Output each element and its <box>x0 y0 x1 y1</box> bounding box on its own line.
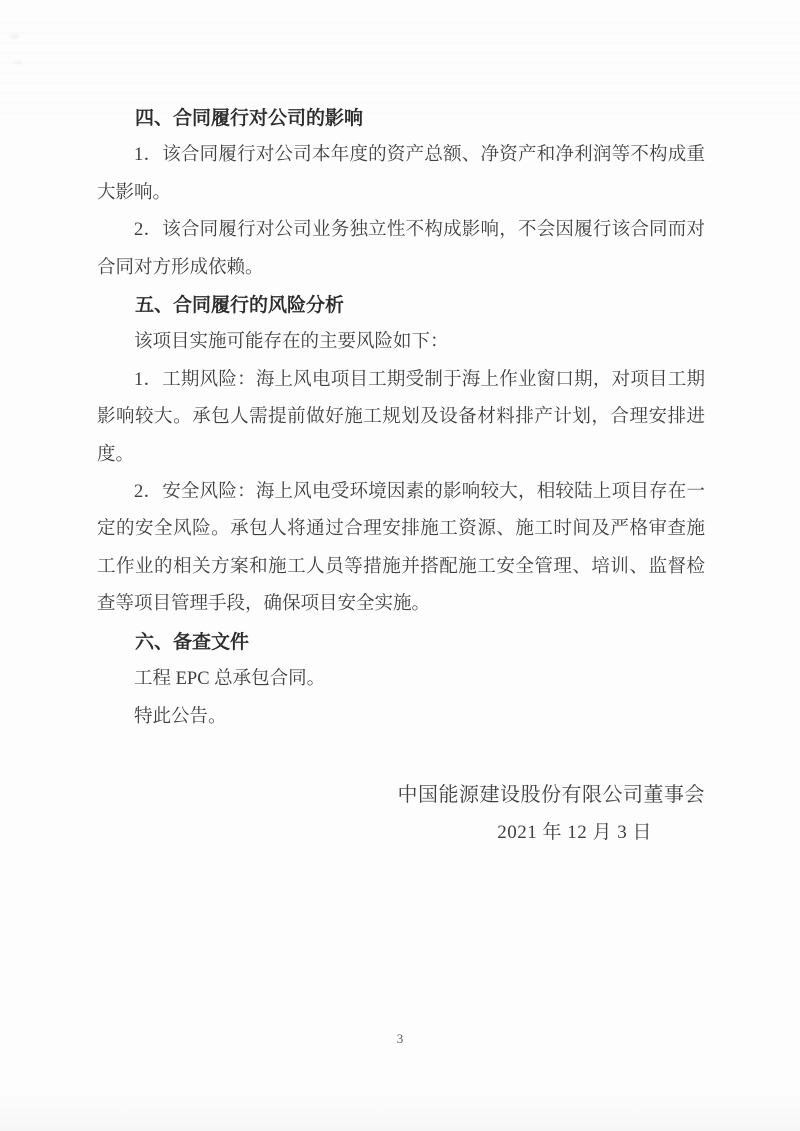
section-heading-4: 四、合同履行对公司的影响 <box>97 100 705 137</box>
signature-date: 2021 年 12 月 3 日 <box>398 814 706 852</box>
paragraph: 1．工期风险：海上风电项目工期受制于海上作业窗口期，对项目工期影响较大。承包人需… <box>97 362 705 474</box>
section-heading-6: 六、备查文件 <box>97 624 705 661</box>
paragraph: 2．该合同履行对公司业务独立性不构成影响，不会因履行该合同而对合同对方形成依赖。 <box>97 212 705 287</box>
page-number: 3 <box>0 1031 800 1047</box>
signature-block: 中国能源建设股份有限公司董事会 2021 年 12 月 3 日 <box>398 776 706 852</box>
paragraph: 2．安全风险：海上风电受环境因素的影响较大，相较陆上项目存在一定的安全风险。承包… <box>97 474 705 624</box>
document-body: 四、合同履行对公司的影响 1．该合同履行对公司本年度的资产总额、净资产和净利润等… <box>97 100 705 736</box>
paragraph: 特此公告。 <box>97 699 705 736</box>
scan-artifact-bottom <box>0 1093 800 1131</box>
paragraph: 1．该合同履行对公司本年度的资产总额、净资产和净利润等不构成重大影响。 <box>97 137 705 212</box>
paragraph: 工程 EPC 总承包合同。 <box>97 661 705 698</box>
section-heading-5: 五、合同履行的风险分析 <box>97 287 705 324</box>
paragraph: 该项目实施可能存在的主要风险如下： <box>97 324 705 361</box>
document-page: 四、合同履行对公司的影响 1．该合同履行对公司本年度的资产总额、净资产和净利润等… <box>0 0 800 1131</box>
scan-artifact-smudge <box>4 26 30 78</box>
signature-company: 中国能源建设股份有限公司董事会 <box>398 776 706 814</box>
